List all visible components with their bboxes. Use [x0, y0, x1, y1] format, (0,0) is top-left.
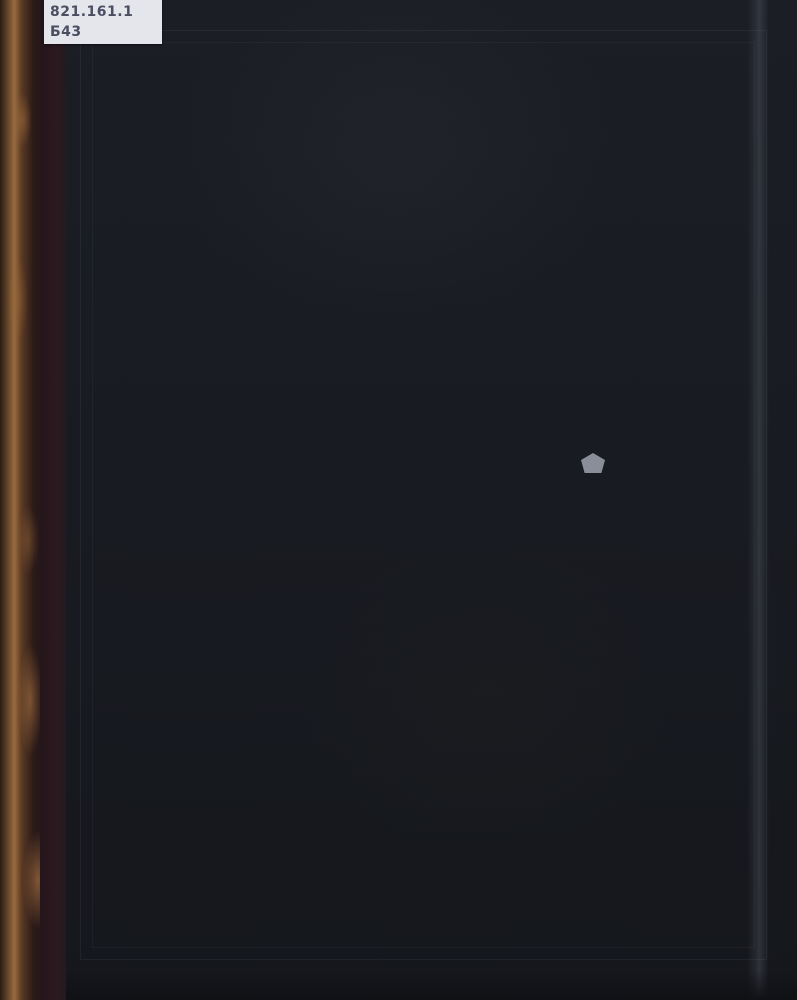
- call-number-label: 821.161.1 Б43: [44, 0, 162, 44]
- cover-bottom-edge: [66, 970, 797, 1000]
- call-number-author-mark: Б43: [50, 22, 162, 42]
- blind-stamped-border-inner: [92, 42, 755, 948]
- call-number-classification: 821.161.1: [50, 2, 162, 22]
- cover-right-edge-highlight: [747, 0, 769, 1000]
- book-cover-photo: 821.161.1 Б43: [0, 0, 797, 1000]
